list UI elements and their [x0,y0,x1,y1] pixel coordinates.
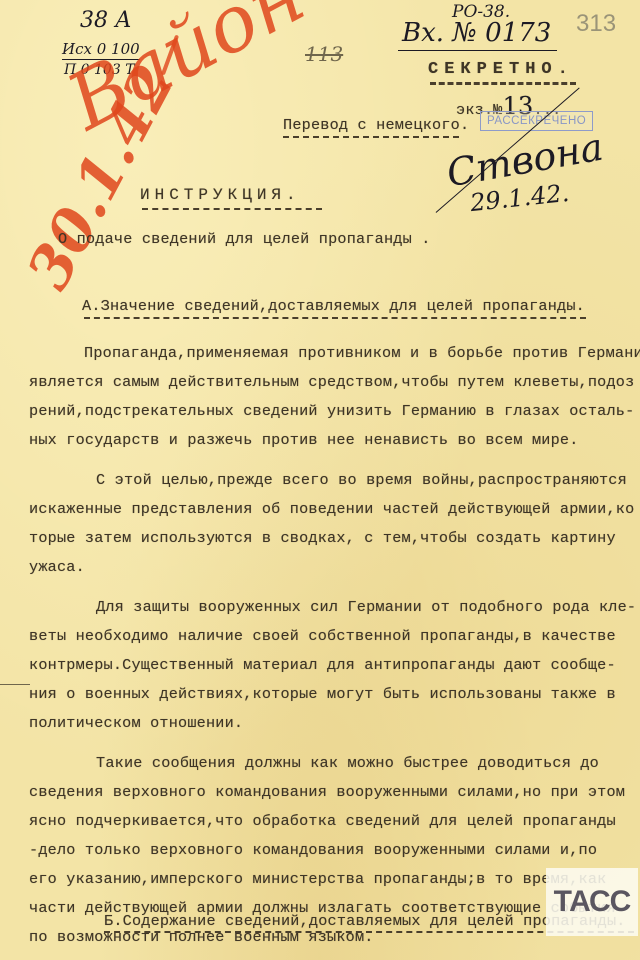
incoming-number: Вх. № 0173 [398,18,557,51]
document-title: ИНСТРУКЦИЯ. [140,186,301,204]
section-a-heading: А.Значение сведений,доставляемых для цел… [82,297,585,315]
text-line: искаженные представления об поведении ча… [0,500,640,529]
text-line: рений,подстрекательных сведений унизить … [0,402,640,431]
text-line: торые затем используются в сводках, с те… [0,529,640,558]
text-line: ужаса. [0,558,640,598]
sheet-number: 313 [576,10,616,38]
translation-note-underline [283,136,459,138]
text-line: является самым действительным средством,… [0,373,640,402]
archive-number: 38 А [80,8,132,33]
document-title-underline [142,208,322,210]
text-line: политическом отношении. [0,714,640,754]
text-line: Пропаганда,применяемая противником и в б… [0,344,640,373]
struck-number: 113 [305,42,343,66]
text-line: С этой целью,прежде всего во время войны… [0,471,640,500]
tass-logo-text: ТАСС [554,885,631,919]
text-line: Для защиты вооруженных сил Германии от п… [0,598,640,627]
text-line: веты необходимо наличие своей собственно… [0,627,640,656]
text-line: ясно подчеркивается,что обработка сведен… [0,812,640,841]
classification: СЕКРЕТНО. [428,60,574,79]
paragraph-1: Пропаганда,применяемая противником и в б… [0,344,640,471]
text-line: сведения верховного командования вооруже… [0,783,640,812]
paragraph-3: Для защиты вооруженных сил Германии от п… [0,598,640,754]
text-line: ных государств и разжечь против нее нена… [0,431,640,471]
tass-watermark: ТАСС [546,868,638,936]
translation-note: Перевод с немецкого. [283,116,469,134]
section-a-underline [84,317,586,319]
text-line: его указанию,имперского министерства про… [0,870,640,899]
margin-mark [0,684,30,685]
body-text: Пропаганда,применяемая противником и в б… [0,344,640,957]
text-line: -дело только верховного командования воо… [0,841,640,870]
paragraph-2: С этой целью,прежде всего во время войны… [0,471,640,598]
text-line: контрмеры.Существенный материал для анти… [0,656,640,685]
classification-underline [430,82,576,85]
document-subtitle: О подаче сведений для целей пропаганды . [58,230,431,248]
text-line: Такие сообщения должны как можно быстрее… [0,754,640,783]
text-line: ния о военных действиях,которые могут бы… [0,685,640,714]
